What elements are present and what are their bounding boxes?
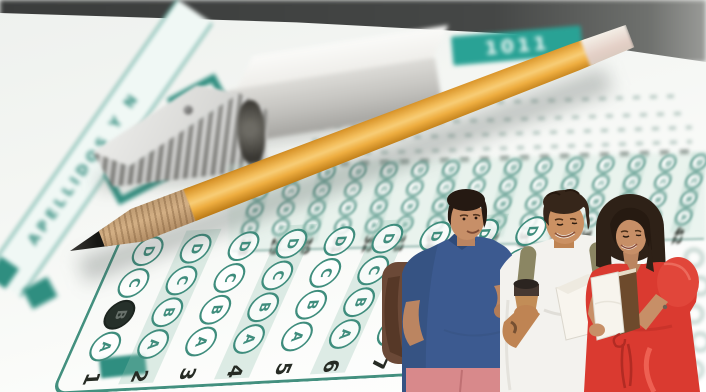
answer-bubble: A [228,323,270,354]
answer-bubble: C [256,260,298,291]
question-number: 4 [221,364,249,379]
student-blue-shirt [382,189,516,392]
photo-scene: APELLIDOS Y N 1011 DCBA28DCBA29DCBA30DCB… [0,0,706,392]
answer-bubble: A [132,328,174,359]
answer-bubble: C [304,257,346,288]
answer-bubble: D [471,159,493,177]
answer-bubble: D [595,156,617,174]
hand [514,305,538,321]
answer-bubble: B [146,297,188,328]
answer-bubble: B [306,200,328,218]
answer-bubble: D [564,157,586,175]
answer-bubble: D [502,158,524,176]
salmon-pants [406,368,512,392]
hand [589,324,605,337]
answer-bubble: D [657,154,679,172]
question-number: 1 [77,371,105,386]
question-number: 3 [173,366,201,381]
answer-bubble: A [276,321,318,352]
answer-bubble: C [112,267,154,298]
answer-bubble: D [222,231,264,262]
answer-bubble: B [98,299,140,330]
question-number: 2 [125,369,153,384]
registration-mark [0,256,19,288]
answer-bubble: B [290,289,332,320]
coffee-cup-lid [514,279,539,289]
answer-bubble: D [440,160,462,178]
answer-bubble: D [688,154,706,172]
answer-bubble: C [160,265,202,296]
tattoo [663,305,667,309]
answer-bubble: C [208,262,250,293]
question-number: 5 [269,361,297,376]
answer-bubble: D [533,158,555,176]
answer-bubble: B [194,294,236,325]
student-red-dress [584,194,700,392]
answer-bubble: A [180,326,222,357]
answer-bubble: D [626,155,648,173]
answer-bubble: A [84,331,126,362]
answer-bubble: B [242,292,284,323]
question-number: 6 [317,359,345,374]
answer-bubble: D [270,228,312,259]
students-group [344,180,706,392]
